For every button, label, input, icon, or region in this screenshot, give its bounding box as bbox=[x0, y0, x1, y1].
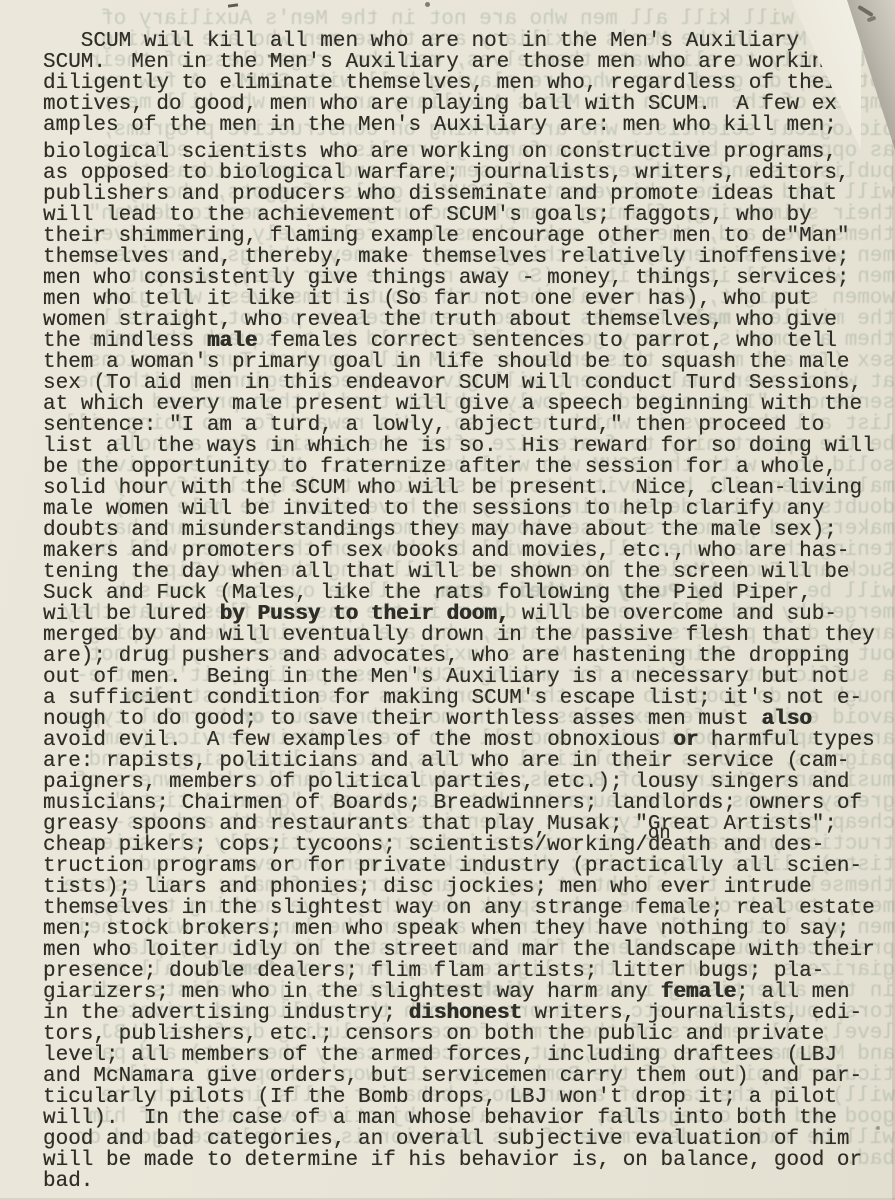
text-line: themselves and, thereby, make themselves… bbox=[43, 247, 895, 268]
text-line: themselves in the slightest way on any s… bbox=[43, 898, 895, 919]
ink-speck bbox=[876, 1126, 880, 1130]
text-line: a sufficient condition for making SCUM's… bbox=[43, 688, 895, 709]
text-line: will lead to the achievement of SCUM's g… bbox=[43, 205, 895, 226]
text-line: out of men. Being in the Men's Auxiliary… bbox=[43, 667, 895, 688]
text-line: motives, do good, men who are playing ba… bbox=[43, 94, 895, 115]
text-line: presence; double dealers; flim flam arti… bbox=[43, 961, 895, 982]
text-line: men; stock brokers; men who speak when t… bbox=[43, 919, 895, 940]
text-line: ticularly pilots (If the Bomb drops, LBJ… bbox=[43, 1087, 895, 1108]
text-line: Suck and Fuck (Males, like the rats foll… bbox=[43, 583, 895, 604]
text-line: truction programs or for private industr… bbox=[43, 856, 895, 877]
text-line: men who consistently give things away - … bbox=[43, 268, 895, 289]
ink-speck bbox=[425, 2, 430, 7]
text-line: doubts and misunderstandings they may ha… bbox=[43, 520, 895, 541]
text-line: will be made to determine if his behavio… bbox=[43, 1150, 895, 1171]
text-line: tening the day when all that will be sho… bbox=[43, 562, 895, 583]
text-line: sex (To aid men in this endeavor SCUM wi… bbox=[43, 373, 895, 394]
text-line: level; all members of the armed forces, … bbox=[43, 1045, 895, 1066]
text-line: makers and promoters of sex books and mo… bbox=[43, 541, 895, 562]
text-line: nough to do good; to save their worthles… bbox=[43, 709, 895, 730]
text-line: sentence: "I am a turd, a lowly, abject … bbox=[43, 415, 895, 436]
text-line: good and bad categories, an overall subj… bbox=[43, 1129, 895, 1150]
text-line: will). In the case of a man whose behavi… bbox=[43, 1108, 895, 1129]
text-line: avoid evil. A few examples of the most o… bbox=[43, 730, 895, 751]
text-line: list all the ways in which he is so. His… bbox=[43, 436, 895, 457]
text-line: in the advertising industry; dishonest w… bbox=[43, 1003, 895, 1024]
text-line: giarizers; men who in the slightest way … bbox=[43, 982, 895, 1003]
text-line: are: rapists, politicians and all who ar… bbox=[43, 751, 895, 772]
text-line: biological scientists who are working on… bbox=[43, 142, 895, 163]
text-line: bad. bbox=[43, 1171, 895, 1192]
text-line: SCUM will kill all men who are not in th… bbox=[43, 31, 895, 52]
text-line: diligently to eliminate themselves, men … bbox=[43, 73, 895, 94]
text-line: as opposed to biological warfare; journa… bbox=[43, 163, 895, 184]
text-line: their shimmering, flaming example encour… bbox=[43, 226, 895, 247]
text-line: women straight, who reveal the truth abo… bbox=[43, 310, 895, 331]
text-line: men who loiter idly on the street and ma… bbox=[43, 940, 895, 961]
text-line: them a woman's primary goal in life shou… bbox=[43, 352, 895, 373]
text-line: amples of the men in the Men's Auxiliary… bbox=[43, 115, 895, 136]
text-line: men who tell it like it is (So far not o… bbox=[43, 289, 895, 310]
manuscript-page: SCUM will kill all men who are not in th… bbox=[0, 0, 895, 1200]
text-line: tors, publishers, etc.; censors on both … bbox=[43, 1024, 895, 1045]
text-line: tists); liars and phonies; disc jockies;… bbox=[43, 877, 895, 898]
text-line: paigners, members of political parties, … bbox=[43, 772, 895, 793]
text-line: at which every male present will give a … bbox=[43, 394, 895, 415]
text-line: merged by and will eventually drown in t… bbox=[43, 625, 895, 646]
text-line: musicians; Chairmen of Boards; Breadwinn… bbox=[43, 793, 895, 814]
text-line: the mindless male females correct senten… bbox=[43, 331, 895, 352]
body-text: SCUM will kill all men who are not in th… bbox=[0, 0, 895, 1192]
text-line: are); drug pushers and advocates, who ar… bbox=[43, 646, 895, 667]
text-line: solid hour with the SCUM who will be pre… bbox=[43, 478, 895, 499]
text-line: will be lured by Pussy to their doom, wi… bbox=[43, 604, 895, 625]
text-line: cheap pikers; cops; tycoons; scientists/… bbox=[43, 835, 895, 856]
text-line: publishers and producers who disseminate… bbox=[43, 184, 895, 205]
text-line: and McNamara give orders, but servicemen… bbox=[43, 1066, 895, 1087]
text-line: be the opportunity to fraternize after t… bbox=[43, 457, 895, 478]
text-line: male women will be invited to the sessio… bbox=[43, 499, 895, 520]
text-line: SCUM. Men in the Men's Auxiliary are tho… bbox=[43, 52, 895, 73]
text-line: greasy spoons and restaurants that play,… bbox=[43, 814, 895, 835]
